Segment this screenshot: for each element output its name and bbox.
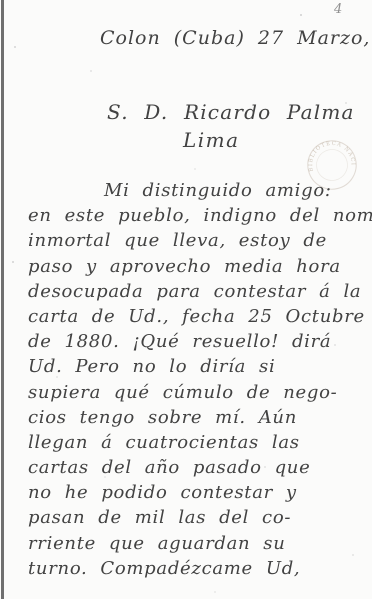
letter-line: supiera qué cúmulo de nego- [28, 380, 358, 405]
letter-line: desocupada para contestar á la [28, 279, 358, 304]
paper-speckles [14, 46, 16, 48]
svg-text:BIBLIOTECA NACIONAL: BIBLIOTECA NACIONAL [297, 130, 357, 180]
letter-line: paso y aprovecho media hora [28, 254, 358, 279]
letter-line: inmortal que lleva, estoy de [28, 228, 358, 253]
stamp-text: BIBLIOTECA NACIONAL [297, 130, 357, 180]
letter-line: cios tengo sobre mí. Aún [28, 405, 358, 430]
letter-page: 4 Colon (Cuba) 27 Marzo, 81. S. D. Ricar… [0, 0, 372, 599]
letter-body: Mi distinguido amigo:en este pueblo, ind… [28, 178, 358, 581]
letter-line: pasan de mil las del co- [28, 505, 358, 530]
recipient-city: Lima [183, 128, 240, 152]
letter-line: carta de Ud., fecha 25 Octubre [28, 304, 358, 329]
letter-line: Mi distinguido amigo: [28, 178, 358, 203]
letter-line: llegan á cuatrocientas las [28, 430, 358, 455]
letter-line: de 1880. ¡Qué resuello! dirá [28, 329, 358, 354]
recipient-name: S. D. Ricardo Palma [107, 100, 355, 124]
letter-line: rriente que aguardan su [28, 531, 358, 556]
letter-line: no he podido contestar y [28, 480, 358, 505]
letter-line: turno. Compadézcame Ud, [28, 556, 358, 581]
scan-edge [1, 0, 4, 599]
dateline: Colon (Cuba) 27 Marzo, 81. [100, 27, 370, 49]
page-number: 4 [334, 2, 342, 17]
letter-line: cartas del año pasado que [28, 455, 358, 480]
letter-line: en este pueblo, indigno del nombre [28, 203, 358, 228]
letter-line: Ud. Pero no lo diría si [28, 354, 358, 379]
